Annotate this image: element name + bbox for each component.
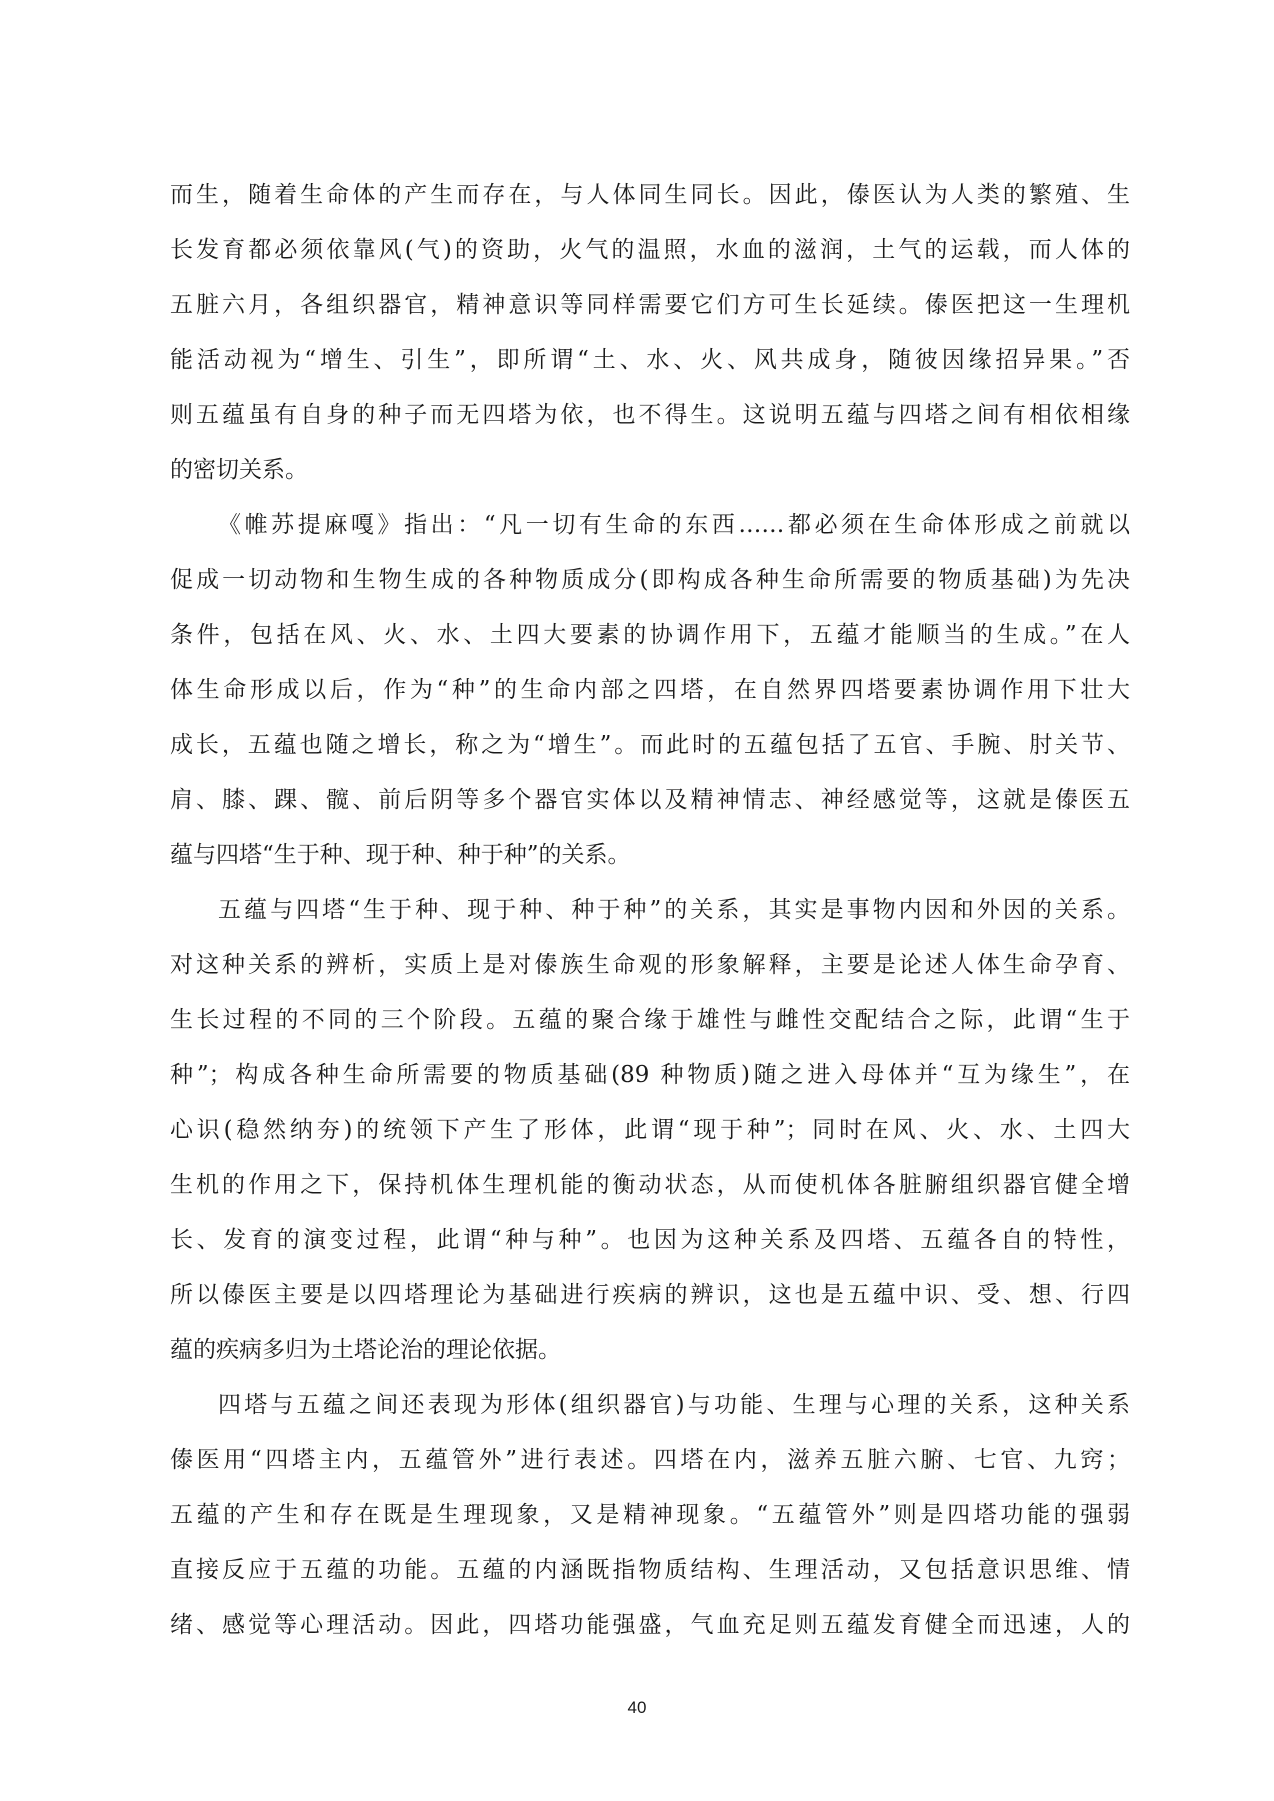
text-line: 生机的作用之下，保持机体生理机能的衡动状态，从而使机体各脏腑组织器官健全增 (170, 1158, 1130, 1213)
page-number: 40 (0, 1698, 1274, 1718)
text-line: 蕴的疾病多归为土塔论治的理论依据。 (170, 1323, 1130, 1378)
body-text: 而生，随着生命体的产生而存在，与人体同生同长。因此，傣医认为人类的繁殖、生 长发… (170, 168, 1130, 1653)
text-line: 心识(稳然纳夯)的统领下产生了形体，此谓“现于种”；同时在风、火、水、土四大 (170, 1103, 1130, 1158)
paragraph-4: 四塔与五蕴之间还表现为形体(组织器官)与功能、生理与心理的关系，这种关系 傣医用… (170, 1378, 1130, 1653)
text-line: 则五蕴虽有自身的种子而无四塔为依，也不得生。这说明五蕴与四塔之间有相依相缘 (170, 388, 1130, 443)
document-page: 而生，随着生命体的产生而存在，与人体同生同长。因此，傣医认为人类的繁殖、生 长发… (0, 0, 1274, 1801)
text-line: 体生命形成以后，作为“种”的生命内部之四塔，在自然界四塔要素协调作用下壮大 (170, 663, 1130, 718)
text-line: 绪、感觉等心理活动。因此，四塔功能强盛，气血充足则五蕴发育健全而迅速，人的 (170, 1598, 1130, 1653)
text-line: 五蕴与四塔“生于种、现于种、种于种”的关系，其实是事物内因和外因的关系。 (170, 883, 1130, 938)
text-line: 四塔与五蕴之间还表现为形体(组织器官)与功能、生理与心理的关系，这种关系 (170, 1378, 1130, 1433)
text-line: 而生，随着生命体的产生而存在，与人体同生同长。因此，傣医认为人类的繁殖、生 (170, 168, 1130, 223)
text-line: 所以傣医主要是以四塔理论为基础进行疾病的辨识，这也是五蕴中识、受、想、行四 (170, 1268, 1130, 1323)
text-line: 对这种关系的辨析，实质上是对傣族生命观的形象解释，主要是论述人体生命孕育、 (170, 938, 1130, 993)
text-line: 肩、膝、踝、髋、前后阴等多个器官实体以及精神情志、神经感觉等，这就是傣医五 (170, 773, 1130, 828)
text-line: 长、发育的演变过程，此谓“种与种”。也因为这种关系及四塔、五蕴各自的特性， (170, 1213, 1130, 1268)
text-line: 成长，五蕴也随之增长，称之为“增生”。而此时的五蕴包括了五官、手腕、肘关节、 (170, 718, 1130, 773)
paragraph-2: 《帷苏提麻嘎》指出：“凡一切有生命的东西……都必须在生命体形成之前就以 促成一切… (170, 498, 1130, 883)
paragraph-1: 而生，随着生命体的产生而存在，与人体同生同长。因此，傣医认为人类的繁殖、生 长发… (170, 168, 1130, 498)
text-line: 种”；构成各种生命所需要的物质基础(89 种物质)随之进入母体并“互为缘生”，在 (170, 1048, 1130, 1103)
text-line: 《帷苏提麻嘎》指出：“凡一切有生命的东西……都必须在生命体形成之前就以 (170, 498, 1130, 553)
text-line: 生长过程的不同的三个阶段。五蕴的聚合缘于雄性与雌性交配结合之际，此谓“生于 (170, 993, 1130, 1048)
text-line: 直接反应于五蕴的功能。五蕴的内涵既指物质结构、生理活动，又包括意识思维、情 (170, 1543, 1130, 1598)
text-line: 能活动视为“增生、引生”，即所谓“土、水、火、风共成身，随彼因缘招异果。”否 (170, 333, 1130, 388)
text-line: 五脏六月，各组织器官，精神意识等同样需要它们方可生长延续。傣医把这一生理机 (170, 278, 1130, 333)
text-line: 五蕴的产生和存在既是生理现象，又是精神现象。“五蕴管外”则是四塔功能的强弱 (170, 1488, 1130, 1543)
text-line: 傣医用“四塔主内，五蕴管外”进行表述。四塔在内，滋养五脏六腑、七官、九窍； (170, 1433, 1130, 1488)
text-line: 促成一切动物和生物生成的各种物质成分(即构成各种生命所需要的物质基础)为先决 (170, 553, 1130, 608)
text-line: 的密切关系。 (170, 443, 1130, 498)
text-line: 长发育都必须依靠风(气)的资助，火气的温照，水血的滋润，土气的运载，而人体的 (170, 223, 1130, 278)
paragraph-3: 五蕴与四塔“生于种、现于种、种于种”的关系，其实是事物内因和外因的关系。 对这种… (170, 883, 1130, 1378)
text-line: 蕴与四塔“生于种、现于种、种于种”的关系。 (170, 828, 1130, 883)
text-line: 条件，包括在风、火、水、土四大要素的协调作用下，五蕴才能顺当的生成。”在人 (170, 608, 1130, 663)
